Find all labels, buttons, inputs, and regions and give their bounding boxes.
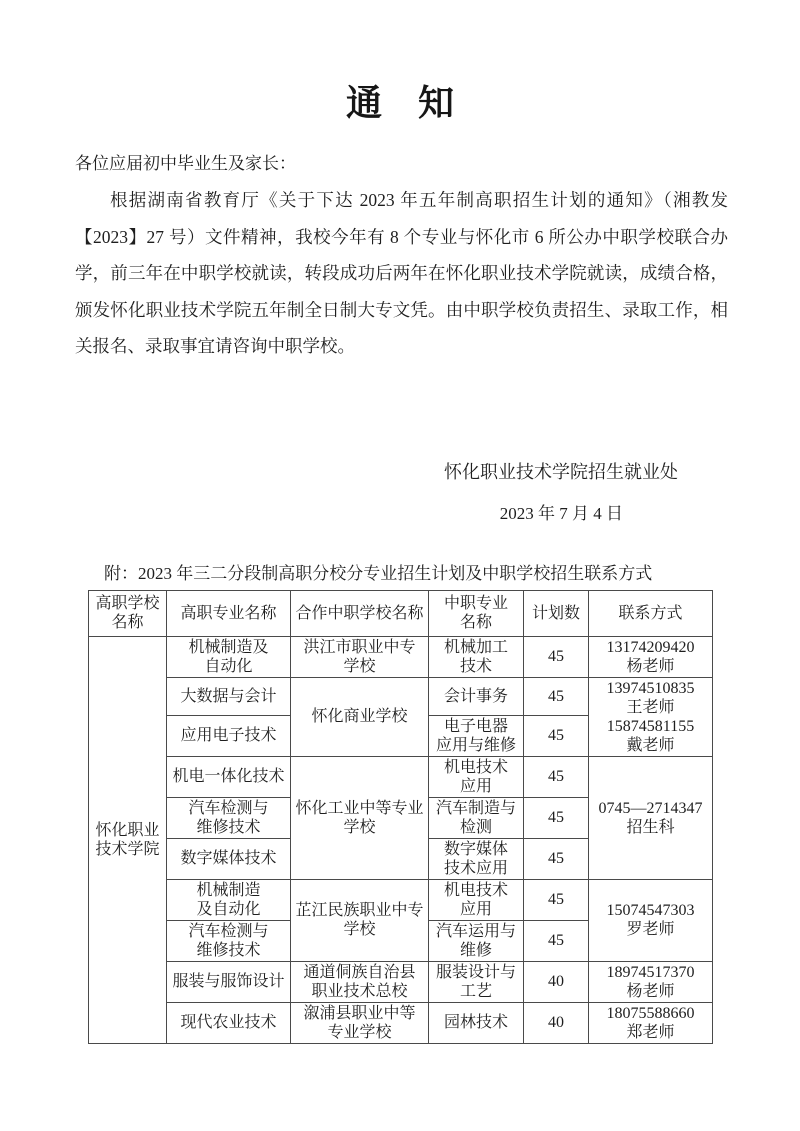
table-cell: 机械制造 及自动化 xyxy=(167,879,291,920)
document-page: 通 知 各位应届初中毕业生及家长： 根据湖南省教育厅《关于下达 2023 年五年… xyxy=(0,0,800,1131)
table-row: 大数据与会计怀化商业学校会计事务4513974510835 王老师 158745… xyxy=(89,677,713,715)
table-cell: 大数据与会计 xyxy=(167,677,291,715)
table-cell: 服装设计与 工艺 xyxy=(429,961,524,1002)
table-cell: 汽车运用与 维修 xyxy=(429,920,524,961)
table-cell: 机电技术 应用 xyxy=(429,879,524,920)
table-header-row: 高职学校 名称高职专业名称合作中职学校名称中职专业 名称计划数联系方式 xyxy=(89,590,713,636)
table-cell: 机电一体化技术 xyxy=(167,756,291,797)
table-cell: 怀化商业学校 xyxy=(291,677,429,756)
table-cell: 45 xyxy=(524,715,589,756)
table-cell: 40 xyxy=(524,1002,589,1043)
date-line: 2023 年 7 月 4 日 xyxy=(0,503,623,525)
table-cell: 45 xyxy=(524,920,589,961)
table-header-cell: 高职专业名称 xyxy=(167,590,291,636)
table-row: 机械制造 及自动化芷江民族职业中专 学校机电技术 应用4515074547303… xyxy=(89,879,713,920)
body-paragraph: 根据湖南省教育厅《关于下达 2023 年五年制高职招生计划的通知》（湘教发【20… xyxy=(75,182,728,365)
table-cell: 怀化工业中等专业 学校 xyxy=(291,756,429,879)
table-cell: 汽车检测与 维修技术 xyxy=(167,797,291,838)
table-row: 现代农业技术溆浦县职业中等 专业学校园林技术4018075588660 郑老师 xyxy=(89,1002,713,1043)
table-cell: 溆浦县职业中等 专业学校 xyxy=(291,1002,429,1043)
table-body: 怀化职业 技术学院机械制造及 自动化洪江市职业中专 学校机械加工 技术45131… xyxy=(89,636,713,1043)
table-cell: 45 xyxy=(524,838,589,879)
page-title: 通 知 xyxy=(0,82,800,124)
table-cell: 机械加工 技术 xyxy=(429,636,524,677)
table-cell: 通道侗族自治县 职业技术总校 xyxy=(291,961,429,1002)
table-cell: 芷江民族职业中专 学校 xyxy=(291,879,429,961)
table-row: 机电一体化技术怀化工业中等专业 学校机电技术 应用450745—2714347 … xyxy=(89,756,713,797)
table-cell: 18974517370 杨老师 xyxy=(589,961,713,1002)
salutation: 各位应届初中毕业生及家长： xyxy=(75,146,725,182)
table-cell: 会计事务 xyxy=(429,677,524,715)
table-cell: 机电技术 应用 xyxy=(429,756,524,797)
table-cell: 现代农业技术 xyxy=(167,1002,291,1043)
table-cell: 洪江市职业中专 学校 xyxy=(291,636,429,677)
table-header-cell: 合作中职学校名称 xyxy=(291,590,429,636)
table-header-cell: 中职专业 名称 xyxy=(429,590,524,636)
table-cell: 应用电子技术 xyxy=(167,715,291,756)
table-row: 怀化职业 技术学院机械制造及 自动化洪江市职业中专 学校机械加工 技术45131… xyxy=(89,636,713,677)
table-cell: 45 xyxy=(524,879,589,920)
table-cell: 0745—2714347 招生科 xyxy=(589,756,713,879)
table-cell: 园林技术 xyxy=(429,1002,524,1043)
table-cell: 13174209420 杨老师 xyxy=(589,636,713,677)
table-cell: 13974510835 王老师 15874581155 戴老师 xyxy=(589,677,713,756)
table-cell: 18075588660 郑老师 xyxy=(589,1002,713,1043)
table-cell: 45 xyxy=(524,797,589,838)
table-row: 服装与服饰设计通道侗族自治县 职业技术总校服装设计与 工艺40189745173… xyxy=(89,961,713,1002)
table-cell: 45 xyxy=(524,636,589,677)
admission-plan-table: 高职学校 名称高职专业名称合作中职学校名称中职专业 名称计划数联系方式 怀化职业… xyxy=(88,590,713,1044)
signature-line: 怀化职业技术学院招生就业处 xyxy=(0,461,678,483)
table-cell: 汽车制造与 检测 xyxy=(429,797,524,838)
table-cell: 15074547303 罗老师 xyxy=(589,879,713,961)
table-cell: 数字媒体 技术应用 xyxy=(429,838,524,879)
table-cell: 40 xyxy=(524,961,589,1002)
table-cell: 45 xyxy=(524,756,589,797)
table-caption: 附：2023 年三二分段制高职分校分专业招生计划及中职学校招生联系方式 xyxy=(104,563,800,585)
table-header-cell: 计划数 xyxy=(524,590,589,636)
table-header-cell: 联系方式 xyxy=(589,590,713,636)
table-cell: 数字媒体技术 xyxy=(167,838,291,879)
table-cell: 45 xyxy=(524,677,589,715)
table-cell: 服装与服饰设计 xyxy=(167,961,291,1002)
table-cell: 怀化职业 技术学院 xyxy=(89,636,167,1043)
table-header-cell: 高职学校 名称 xyxy=(89,590,167,636)
table-cell: 汽车检测与 维修技术 xyxy=(167,920,291,961)
table-cell: 机械制造及 自动化 xyxy=(167,636,291,677)
table-cell: 电子电器 应用与维修 xyxy=(429,715,524,756)
